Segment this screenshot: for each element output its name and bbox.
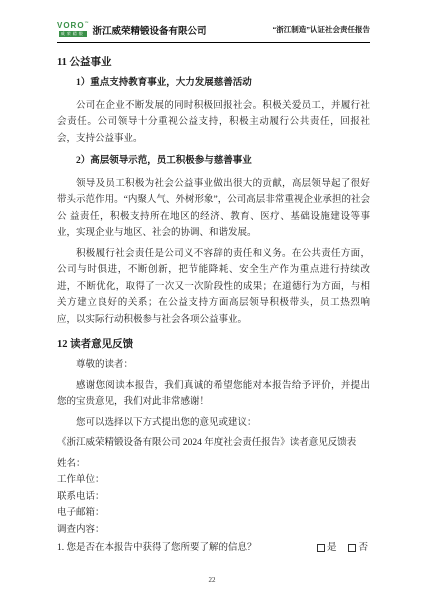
section-12-heading: 12 读者意见反馈 xyxy=(57,338,370,351)
section-11-subheading-2: 2）高层领导示范，员工积极参与慈善事业 xyxy=(57,153,370,170)
form-field-name: 姓名： xyxy=(57,456,370,473)
section-11-heading: 11 公益事业 xyxy=(57,56,370,69)
report-title: “浙江制造”认证社会责任报告 xyxy=(273,24,371,35)
form-field-phone: 联系电话： xyxy=(57,489,370,506)
option-no[interactable]: 否 xyxy=(348,540,368,557)
option-no-label: 否 xyxy=(358,540,368,557)
form-field-email: 电子邮箱： xyxy=(57,505,370,522)
checkbox-yes-icon[interactable] xyxy=(317,544,325,552)
feedback-form-title: 《浙江威荣精锻设备有限公司 2024 年度社会责任报告》读者意见反馈表 xyxy=(57,435,370,452)
trademark-icon: ™ xyxy=(85,21,89,25)
page-header: VORO ™ 威荣精锻 浙江威荣精锻设备有限公司 “浙江制造”认证社会责任报告 xyxy=(57,22,370,43)
checkbox-no-icon[interactable] xyxy=(348,544,356,552)
company-name: 浙江威荣精锻设备有限公司 xyxy=(92,23,206,37)
voro-logo-text: VORO xyxy=(57,22,85,30)
voro-logo-subtext: 威荣精锻 xyxy=(59,31,87,37)
document-page: VORO ™ 威荣精锻 浙江威荣精锻设备有限公司 “浙江制造”认证社会责任报告 … xyxy=(0,0,424,600)
section-12-methods-line: 您可以选择以下方式提出您的意见或建议： xyxy=(57,415,370,432)
section-12-thanks-paragraph: 感谢您阅读本报告，我们真诚的希望您能对本报告给予评价，并提出您的宝贵意见，我们对… xyxy=(57,378,370,411)
form-field-workunit: 工作单位： xyxy=(57,472,370,489)
section-11-paragraph-3: 积极履行社会责任是公司义不容辞的责任和义务。在公共责任方面，公司与时俱进，不断创… xyxy=(57,246,370,329)
page-body: 11 公益事业 1）重点支持教育事业，大力发展慈善活动 公司在企业不断发展的同时… xyxy=(57,56,370,557)
survey-question-1: 1. 您是否在本报告中获得了您所要了解的信息？ 是 否 xyxy=(57,540,370,557)
question-text: 1. 您是否在本报告中获得了您所要了解的信息？ xyxy=(57,540,257,557)
section-11-subheading-1: 1）重点支持教育事业，大力发展慈善活动 xyxy=(57,75,370,92)
voro-logo: VORO ™ 威荣精锻 xyxy=(57,22,88,37)
header-left: VORO ™ 威荣精锻 浙江威荣精锻设备有限公司 xyxy=(57,22,207,37)
question-options: 是 否 xyxy=(317,540,370,557)
section-11-paragraph-1: 公司在企业不断发展的同时积极回报社会。积极关爱员工，并履行社会责任。公司领导十分… xyxy=(57,98,370,148)
page-number: 22 xyxy=(0,576,424,584)
salutation: 尊敬的读者： xyxy=(57,357,370,374)
section-11-paragraph-2: 领导及员工积极为社会公益事业做出很大的贡献，高层领导起了很好带头示范作用。“内聚… xyxy=(57,176,370,242)
option-yes-label: 是 xyxy=(327,540,337,557)
option-yes[interactable]: 是 xyxy=(317,540,337,557)
voro-logo-wordmark: VORO ™ xyxy=(57,22,88,30)
form-field-survey: 调查内容： xyxy=(57,522,370,539)
